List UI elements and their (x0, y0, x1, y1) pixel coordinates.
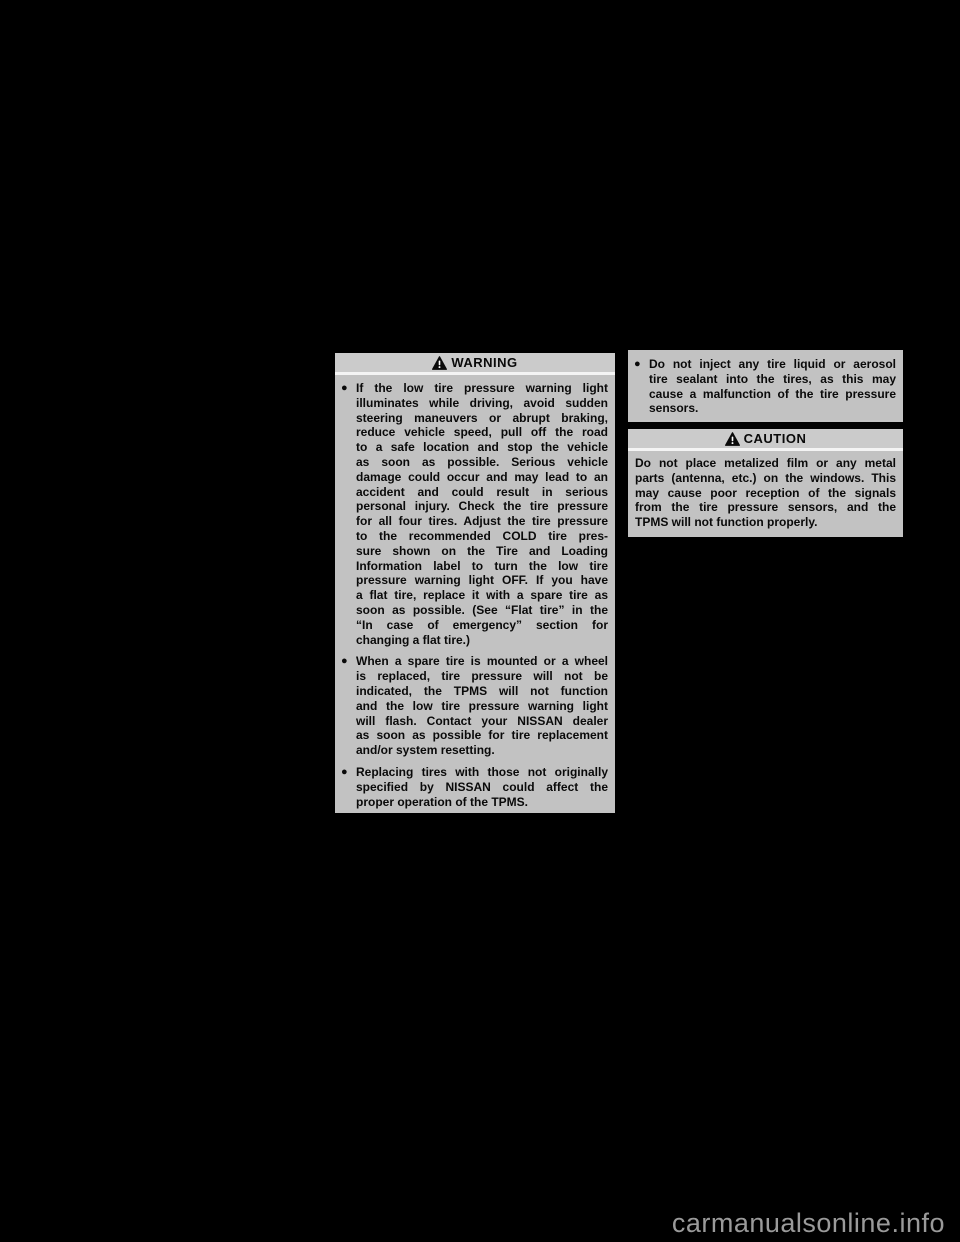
text-line: and the low tire pressure warning light (356, 699, 608, 714)
warning-box: WARNING ●If the low tire pressure warnin… (335, 353, 615, 813)
bullet-text: When a spare tire is mounted or a wheeli… (356, 654, 608, 758)
text-line: If the low tire pressure warning light (356, 381, 608, 396)
text-line: steering maneuvers or abrupt braking, (356, 411, 608, 426)
text-line: and/or system resetting. (356, 743, 608, 758)
manual-page: { "page": { "watermark": "carmanualsonli… (0, 0, 960, 1242)
bullet-item: ●Do not inject any tire liquid or aeroso… (634, 357, 896, 416)
text-line: accident and could result in serious (356, 485, 608, 500)
watermark-text: carmanualsonline.info (672, 1208, 945, 1239)
text-line: from the tire pressure sensors, and the (635, 500, 896, 515)
text-line: illuminates while driving, avoid sudden (356, 396, 608, 411)
text-line: proper operation of the TPMS. (356, 795, 608, 810)
warning-continuation-box: ●Do not inject any tire liquid or aeroso… (628, 350, 903, 422)
warning-continuation-body: ●Do not inject any tire liquid or aeroso… (628, 357, 903, 416)
caution-triangle-icon (725, 432, 740, 446)
text-line: Information label to turn the low tire (356, 559, 608, 574)
bullet-text: Do not inject any tire liquid or aerosol… (649, 357, 896, 416)
text-line: indicated, the TPMS will not function (356, 684, 608, 699)
text-line: pressure warning light OFF. If you have (356, 573, 608, 588)
text-line: Replacing tires with those not originall… (356, 765, 608, 780)
bullet-text: Replacing tires with those not originall… (356, 765, 608, 809)
text-line: as soon as possible for tire replacement (356, 728, 608, 743)
text-line: tire sealant into the tires, as this may (649, 372, 896, 387)
caution-box-header: CAUTION (628, 429, 903, 451)
bullet-text: If the low tire pressure warning lightil… (356, 381, 608, 647)
bullet-marker: ● (341, 654, 356, 758)
text-line: to a safe location and stop the vehicle (356, 440, 608, 455)
bullet-marker: ● (341, 381, 356, 647)
text-line: cause a malfunction of the tire pressure (649, 387, 896, 402)
text-line: sensors. (649, 401, 896, 416)
text-line: When a spare tire is mounted or a wheel (356, 654, 608, 669)
text-line: “In case of emergency” section for (356, 618, 608, 633)
text-line: a flat tire, replace it with a spare tir… (356, 588, 608, 603)
text-line: soon as possible. (See “Flat tire” in th… (356, 603, 608, 618)
warning-triangle-icon (432, 356, 447, 370)
text-line: Do not place metalized film or any metal (635, 456, 896, 471)
warning-header-label: WARNING (451, 355, 517, 370)
bullet-marker: ● (341, 765, 356, 809)
bullet-marker: ● (634, 357, 649, 416)
text-line: to the recommended COLD tire pres- (356, 529, 608, 544)
caution-box: CAUTION Do not place metalized film or a… (628, 429, 903, 537)
text-line: changing a flat tire.) (356, 633, 608, 648)
text-line: parts (antenna, etc.) on the windows. Th… (635, 471, 896, 486)
text-line: sure shown on the Tire and Loading (356, 544, 608, 559)
warning-box-body: ●If the low tire pressure warning lighti… (335, 375, 615, 814)
text-line: Do not inject any tire liquid or aerosol (649, 357, 896, 372)
text-line: for all four tires. Adjust the tire pres… (356, 514, 608, 529)
caution-header-label: CAUTION (744, 431, 807, 446)
text-line: reduce vehicle speed, pull off the road (356, 425, 608, 440)
text-line: TPMS will not function properly. (635, 515, 896, 530)
text-line: damage could occur and may lead to an (356, 470, 608, 485)
text-line: as soon as possible. Serious vehicle (356, 455, 608, 470)
text-line: is replaced, tire pressure will not be (356, 669, 608, 684)
text-line: will flash. Contact your NISSAN dealer (356, 714, 608, 729)
caution-box-body: Do not place metalized film or any metal… (628, 451, 903, 535)
warning-box-header: WARNING (335, 353, 615, 375)
text-line: specified by NISSAN could affect the (356, 780, 608, 795)
text-line: may cause poor reception of the signals (635, 486, 896, 501)
text-line: personal injury. Check the tire pressure (356, 499, 608, 514)
bullet-item: ●Replacing tires with those not original… (341, 765, 608, 809)
bullet-item: ●When a spare tire is mounted or a wheel… (341, 654, 608, 758)
bullet-item: ●If the low tire pressure warning lighti… (341, 381, 608, 647)
